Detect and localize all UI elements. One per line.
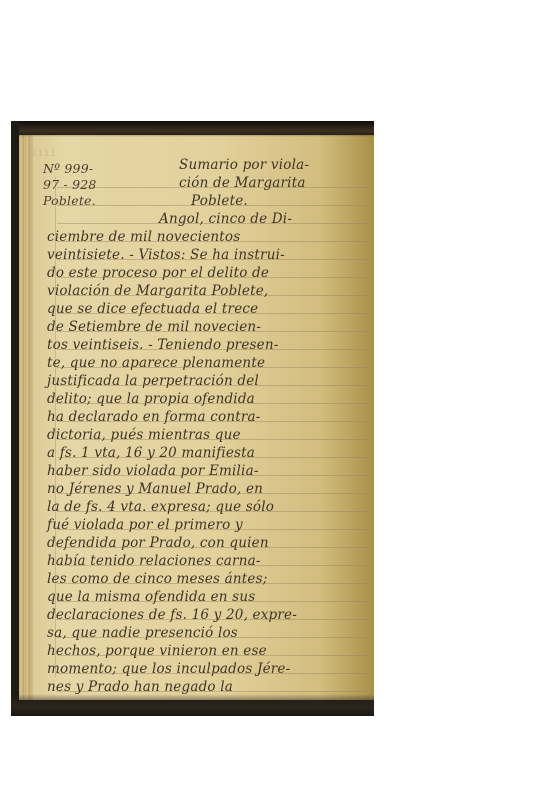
body-line: que se dice efectuada el trece [47, 301, 258, 317]
document-photo: 1111 Nº 999- 97 - 928 Pobl [11, 121, 374, 716]
body-line: Angol, cinco de Di- [159, 211, 292, 227]
body-line: justificada la perpetración del [47, 373, 259, 389]
body-line: ciembre de mil novecientos [47, 229, 240, 245]
body-line: te, que no aparece plenamente [47, 355, 265, 371]
body-line: sa, que nadie presenció los [47, 625, 238, 641]
margin-surname: Poblete. [43, 193, 96, 208]
body-line: no Jérenes y Manuel Prado, en [47, 481, 263, 497]
body-line: ha declarado en forma contra- [47, 409, 261, 425]
binding-shadow-bottom [11, 694, 374, 716]
body-line: hechos, porque vinieron en ese [47, 643, 267, 659]
body-line: fué violada por el primero y [47, 517, 243, 533]
heading-line: Poblete. [191, 193, 248, 209]
binding-shadow-top [19, 121, 374, 137]
body-line: defendida por Prado, con quien [47, 535, 269, 551]
ledger-page: 1111 Nº 999- 97 - 928 Pobl [19, 135, 374, 700]
body-line: violación de Margarita Poblete, [47, 283, 268, 299]
body-line: les como de cinco meses ántes; [47, 571, 267, 587]
body-line: la de fs. 4 vta. expresa; que sólo [47, 499, 274, 515]
page-edges [19, 135, 33, 700]
heading-line: ción de Margarita [179, 175, 306, 191]
body-line: nes y Prado han negado la [47, 679, 233, 695]
heading-line: Sumario por viola- [179, 157, 309, 173]
body-line: a fs. 1 vta, 16 y 20 manifiesta [47, 445, 255, 461]
body-line: veintisiete. - Vistos: Se ha instrui- [47, 247, 285, 263]
body-line: tos veintiseis. - Teniendo presen- [47, 337, 279, 353]
body-line: momento; que los inculpados Jére- [47, 661, 290, 677]
body-line: delito; que la propia ofendida [47, 391, 255, 407]
body-line: do este proceso por el delito de [47, 265, 269, 281]
body-line: de Setiembre de mil novecien- [47, 319, 261, 335]
body-line: que la misma ofendida en sus [47, 589, 255, 605]
margin-case-number: Nº 999- [43, 161, 93, 176]
body-line: declaraciones de fs. 16 y 20, expre- [47, 607, 297, 623]
body-line: haber sido violada por Emilia- [47, 463, 259, 479]
archive-stamp: 1111 [31, 149, 57, 159]
body-line: había tenido relaciones carna- [47, 553, 261, 569]
body-line: dictoria, pués mientras que [47, 427, 241, 443]
margin-file-number: 97 - 928 [43, 177, 97, 192]
